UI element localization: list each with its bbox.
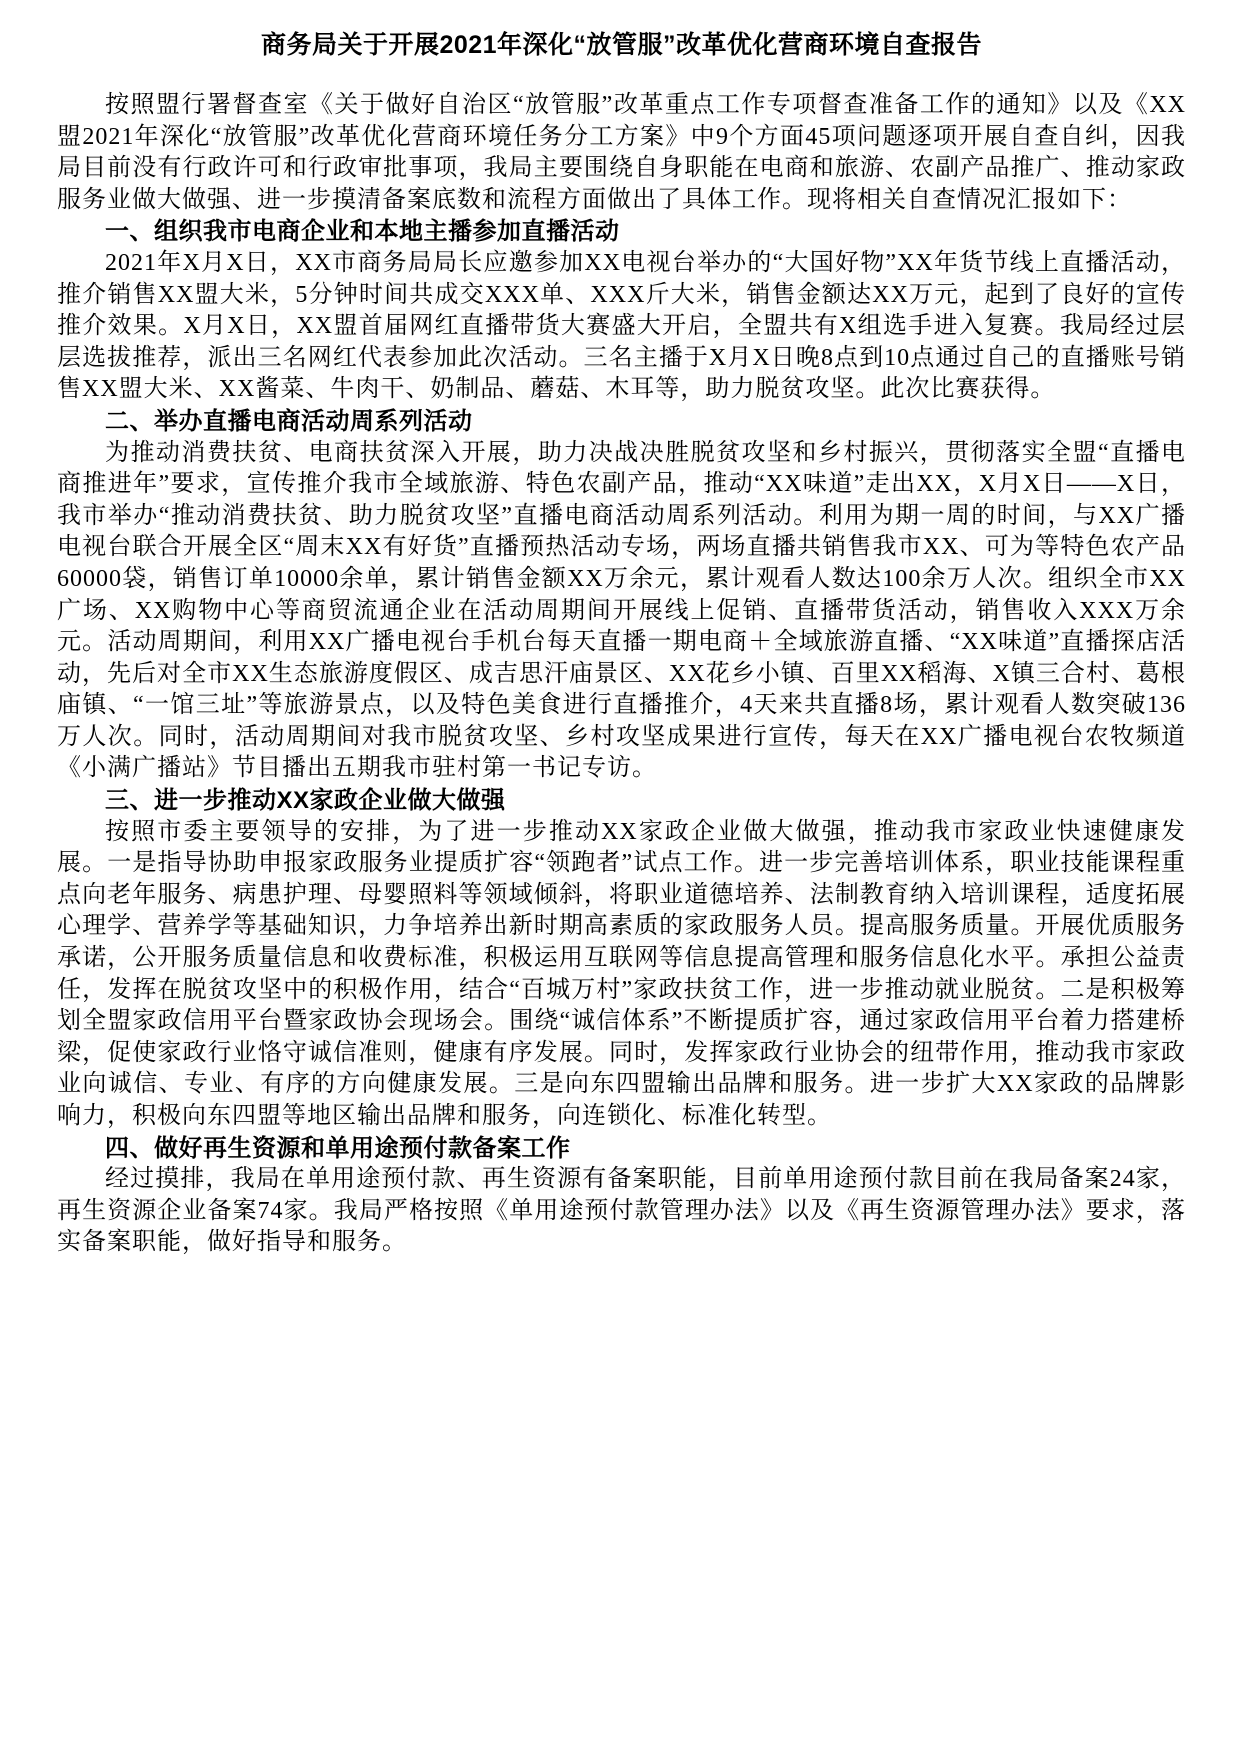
document-page: 商务局关于开展2021年深化“放管服”改革优化营商环境自查报告 按照盟行署督查室…: [0, 0, 1240, 1754]
section-heading-4: 四、做好再生资源和单用途预付款备案工作: [57, 1133, 1186, 1165]
document-title: 商务局关于开展2021年深化“放管服”改革优化营商环境自查报告: [57, 30, 1186, 60]
document-body: 按照盟行署督查室《关于做好自治区“放管服”改革重点工作专项督查准备工作的通知》以…: [57, 90, 1186, 1259]
intro-paragraph: 按照盟行署督查室《关于做好自治区“放管服”改革重点工作专项督查准备工作的通知》以…: [57, 90, 1186, 216]
section-body-1: 2021年X月X日，XX市商务局局长应邀参加XX电视台举办的“大国好物”XX年货…: [57, 248, 1186, 406]
section-heading-2: 二、举办直播电商活动周系列活动: [57, 406, 1186, 438]
section-body-2: 为推动消费扶贫、电商扶贫深入开展，助力决战决胜脱贫攻坚和乡村振兴，贯彻落实全盟“…: [57, 438, 1186, 786]
section-body-3: 按照市委主要领导的安排，为了进一步推动XX家政企业做大做强，推动我市家政业快速健…: [57, 817, 1186, 1133]
section-body-4: 经过摸排，我局在单用途预付款、再生资源有备案职能，目前单用途预付款目前在我局备案…: [57, 1164, 1186, 1259]
section-heading-1: 一、组织我市电商企业和本地主播参加直播活动: [57, 216, 1186, 248]
section-heading-3: 三、进一步推动XX家政企业做大做强: [57, 785, 1186, 817]
